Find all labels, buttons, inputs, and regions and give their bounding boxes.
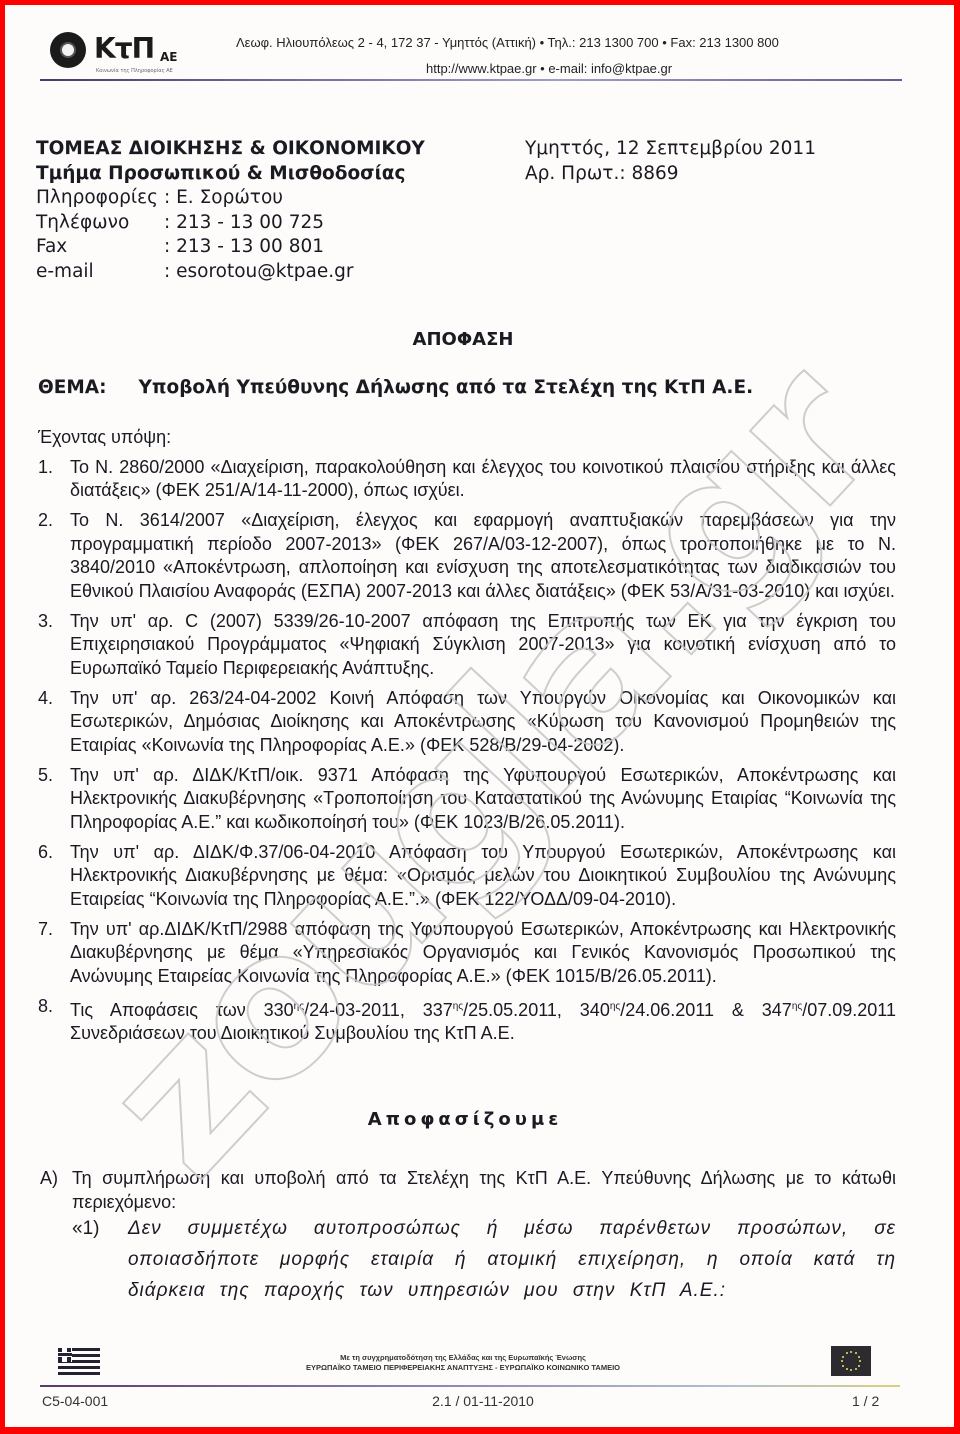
logo-disc-icon	[50, 32, 86, 68]
document-version: 2.1 / 01-11-2010	[0, 1393, 960, 1409]
ktp-logo: ΚτΠ ΑΕ Κοινωνία της Πληροφορίας ΑΕ	[48, 30, 188, 80]
contact-value: : Ε. Σορώτου	[164, 186, 283, 211]
item-number: 2.	[38, 509, 70, 603]
document-meta: Υμηττός, 12 Σεπτεμβρίου 2011 Αρ. Πρωτ.: …	[525, 137, 816, 186]
section-a-number: Α)	[40, 1167, 72, 1214]
resolution-heading: Αποφασίζουμε	[0, 1109, 930, 1130]
item-number: 5.	[38, 764, 70, 835]
list-item: 1.Το Ν. 2860/2000 «Διαχείριση, παρακολού…	[38, 456, 896, 503]
declaration-number: «1)	[72, 1213, 99, 1244]
item-text: Την υπ' αρ. C (2007) 5339/26-10-2007 από…	[70, 610, 896, 681]
sender-department: Τμήμα Προσωπικού & Μισθοδοσίας	[36, 162, 425, 187]
item-text: Τις Αποφάσεις των 330ης/24-03-2011, 337η…	[70, 995, 896, 1046]
eu-flag-icon	[831, 1346, 871, 1376]
footer-divider	[40, 1385, 900, 1387]
list-item: 6.Την υπ' αρ. ΔΙΔΚ/Φ.37/06-04-2010 Απόφα…	[38, 841, 896, 912]
contact-value: : esorotou@ktpae.gr	[164, 260, 353, 285]
list-item: 4.Την υπ' αρ. 263/24-04-2002 Κοινή Απόφα…	[38, 687, 896, 758]
header-divider	[40, 79, 902, 81]
item-text: Την υπ' αρ.ΔΙΔΚ/ΚτΠ/2988 απόφαση της Υφυ…	[70, 918, 896, 989]
contact-value: : 213 - 13 00 725	[164, 211, 324, 236]
protocol-number: Αρ. Πρωτ.: 8869	[525, 162, 816, 187]
section-a-text: Τη συμπλήρωση και υποβολή από τα Στελέχη…	[72, 1167, 896, 1214]
item-number: 1.	[38, 456, 70, 503]
logo-suffix: ΑΕ	[160, 50, 177, 64]
considering-section: Έχοντας υπόψη: 1.Το Ν. 2860/2000 «Διαχεί…	[38, 426, 896, 1052]
contact-row: Fax : 213 - 13 00 801	[36, 235, 425, 260]
subject-line: ΘΕΜΑ: Υποβολή Υπεύθυνης Δήλωσης από τα Σ…	[38, 377, 753, 398]
contact-value: : 213 - 13 00 801	[164, 235, 324, 260]
considering-intro: Έχοντας υπόψη:	[38, 426, 896, 450]
funding-notice: Με τη συγχρηματοδότηση της Ελλάδας και τ…	[0, 1353, 926, 1373]
contact-label: Πληροφορίες	[36, 186, 164, 211]
list-item: 7.Την υπ' αρ.ΔΙΔΚ/ΚτΠ/2988 απόφαση της Υ…	[38, 918, 896, 989]
declaration-text-2: διάρκεια της παροχής των υπηρεσιών μου σ…	[128, 1275, 896, 1306]
sender-block: ΤΟΜΕΑΣ ΔΙΟΙΚΗΣΗΣ & ΟΙΚΟΝΟΜΙΚΟΥ Τμήμα Προ…	[36, 137, 425, 284]
contact-label: Fax	[36, 235, 164, 260]
page-number: 1 / 2	[852, 1393, 879, 1409]
item-text: Το Ν. 3614/2007 «Διαχείριση, έλεγχος και…	[70, 509, 896, 603]
list-item: 8. Τις Αποφάσεις των 330ης/24-03-2011, 3…	[38, 995, 896, 1046]
declaration-clause: «1) Δεν συμμετέχω αυτοπροσώπως ή μέσω πα…	[72, 1213, 896, 1306]
place-date: Υμηττός, 12 Σεπτεμβρίου 2011	[525, 137, 816, 162]
logo-text: ΚτΠ	[94, 32, 154, 65]
list-item: 3.Την υπ' αρ. C (2007) 5339/26-10-2007 α…	[38, 610, 896, 681]
section-a: Α) Τη συμπλήρωση και υποβολή από τα Στελ…	[40, 1167, 896, 1214]
list-item: 2.Το Ν. 3614/2007 «Διαχείριση, έλεγχος κ…	[38, 509, 896, 603]
item-text: Την υπ' αρ. 263/24-04-2002 Κοινή Απόφαση…	[70, 687, 896, 758]
item-text: Το Ν. 2860/2000 «Διαχείριση, παρακολούθη…	[70, 456, 896, 503]
list-item: 5.Την υπ' αρ. ΔΙΔΚ/ΚτΠ/οικ. 9371 Απόφαση…	[38, 764, 896, 835]
contact-row: e-mail : esorotou@ktpae.gr	[36, 260, 425, 285]
contact-row: Πληροφορίες : Ε. Σορώτου	[36, 186, 425, 211]
item-number: 3.	[38, 610, 70, 681]
declaration-text-1: Δεν συμμετέχω αυτοπροσώπως ή μέσω παρένθ…	[128, 1213, 896, 1275]
document-title: ΑΠΟΦΑΣΗ	[0, 329, 926, 350]
subject-text: Υποβολή Υπεύθυνης Δήλωσης από τα Στελέχη…	[138, 377, 753, 398]
item-number: 4.	[38, 687, 70, 758]
item-text: Την υπ' αρ. ΔΙΔΚ/Φ.37/06-04-2010 Απόφαση…	[70, 841, 896, 912]
subject-label: ΘΕΜΑ:	[38, 377, 132, 398]
item-number: 7.	[38, 918, 70, 989]
item-number: 8.	[38, 995, 70, 1046]
funding-line-1: Με τη συγχρηματοδότηση της Ελλάδας και τ…	[0, 1353, 926, 1363]
contact-label: e-mail	[36, 260, 164, 285]
contact-row: Τηλέφωνο : 213 - 13 00 725	[36, 211, 425, 236]
item-number: 6.	[38, 841, 70, 912]
letterhead-web: http://www.ktpae.gr • e-mail: info@ktpae…	[426, 61, 672, 76]
letterhead-address: Λεωφ. Ηλιουπόλεως 2 - 4, 172 37 - Υμηττό…	[236, 35, 779, 50]
contact-label: Τηλέφωνο	[36, 211, 164, 236]
item-text: Την υπ' αρ. ΔΙΔΚ/ΚτΠ/οικ. 9371 Απόφαση τ…	[70, 764, 896, 835]
sender-sector: ΤΟΜΕΑΣ ΔΙΟΙΚΗΣΗΣ & ΟΙΚΟΝΟΜΙΚΟΥ	[36, 137, 425, 162]
funding-line-2: ΕΥΡΩΠΑΪΚΟ ΤΑΜΕΙΟ ΠΕΡΙΦΕΡΕΙΑΚΗΣ ΑΝΑΠΤΥΞΗΣ…	[0, 1363, 926, 1373]
logo-tagline: Κοινωνία της Πληροφορίας ΑΕ	[96, 68, 173, 74]
